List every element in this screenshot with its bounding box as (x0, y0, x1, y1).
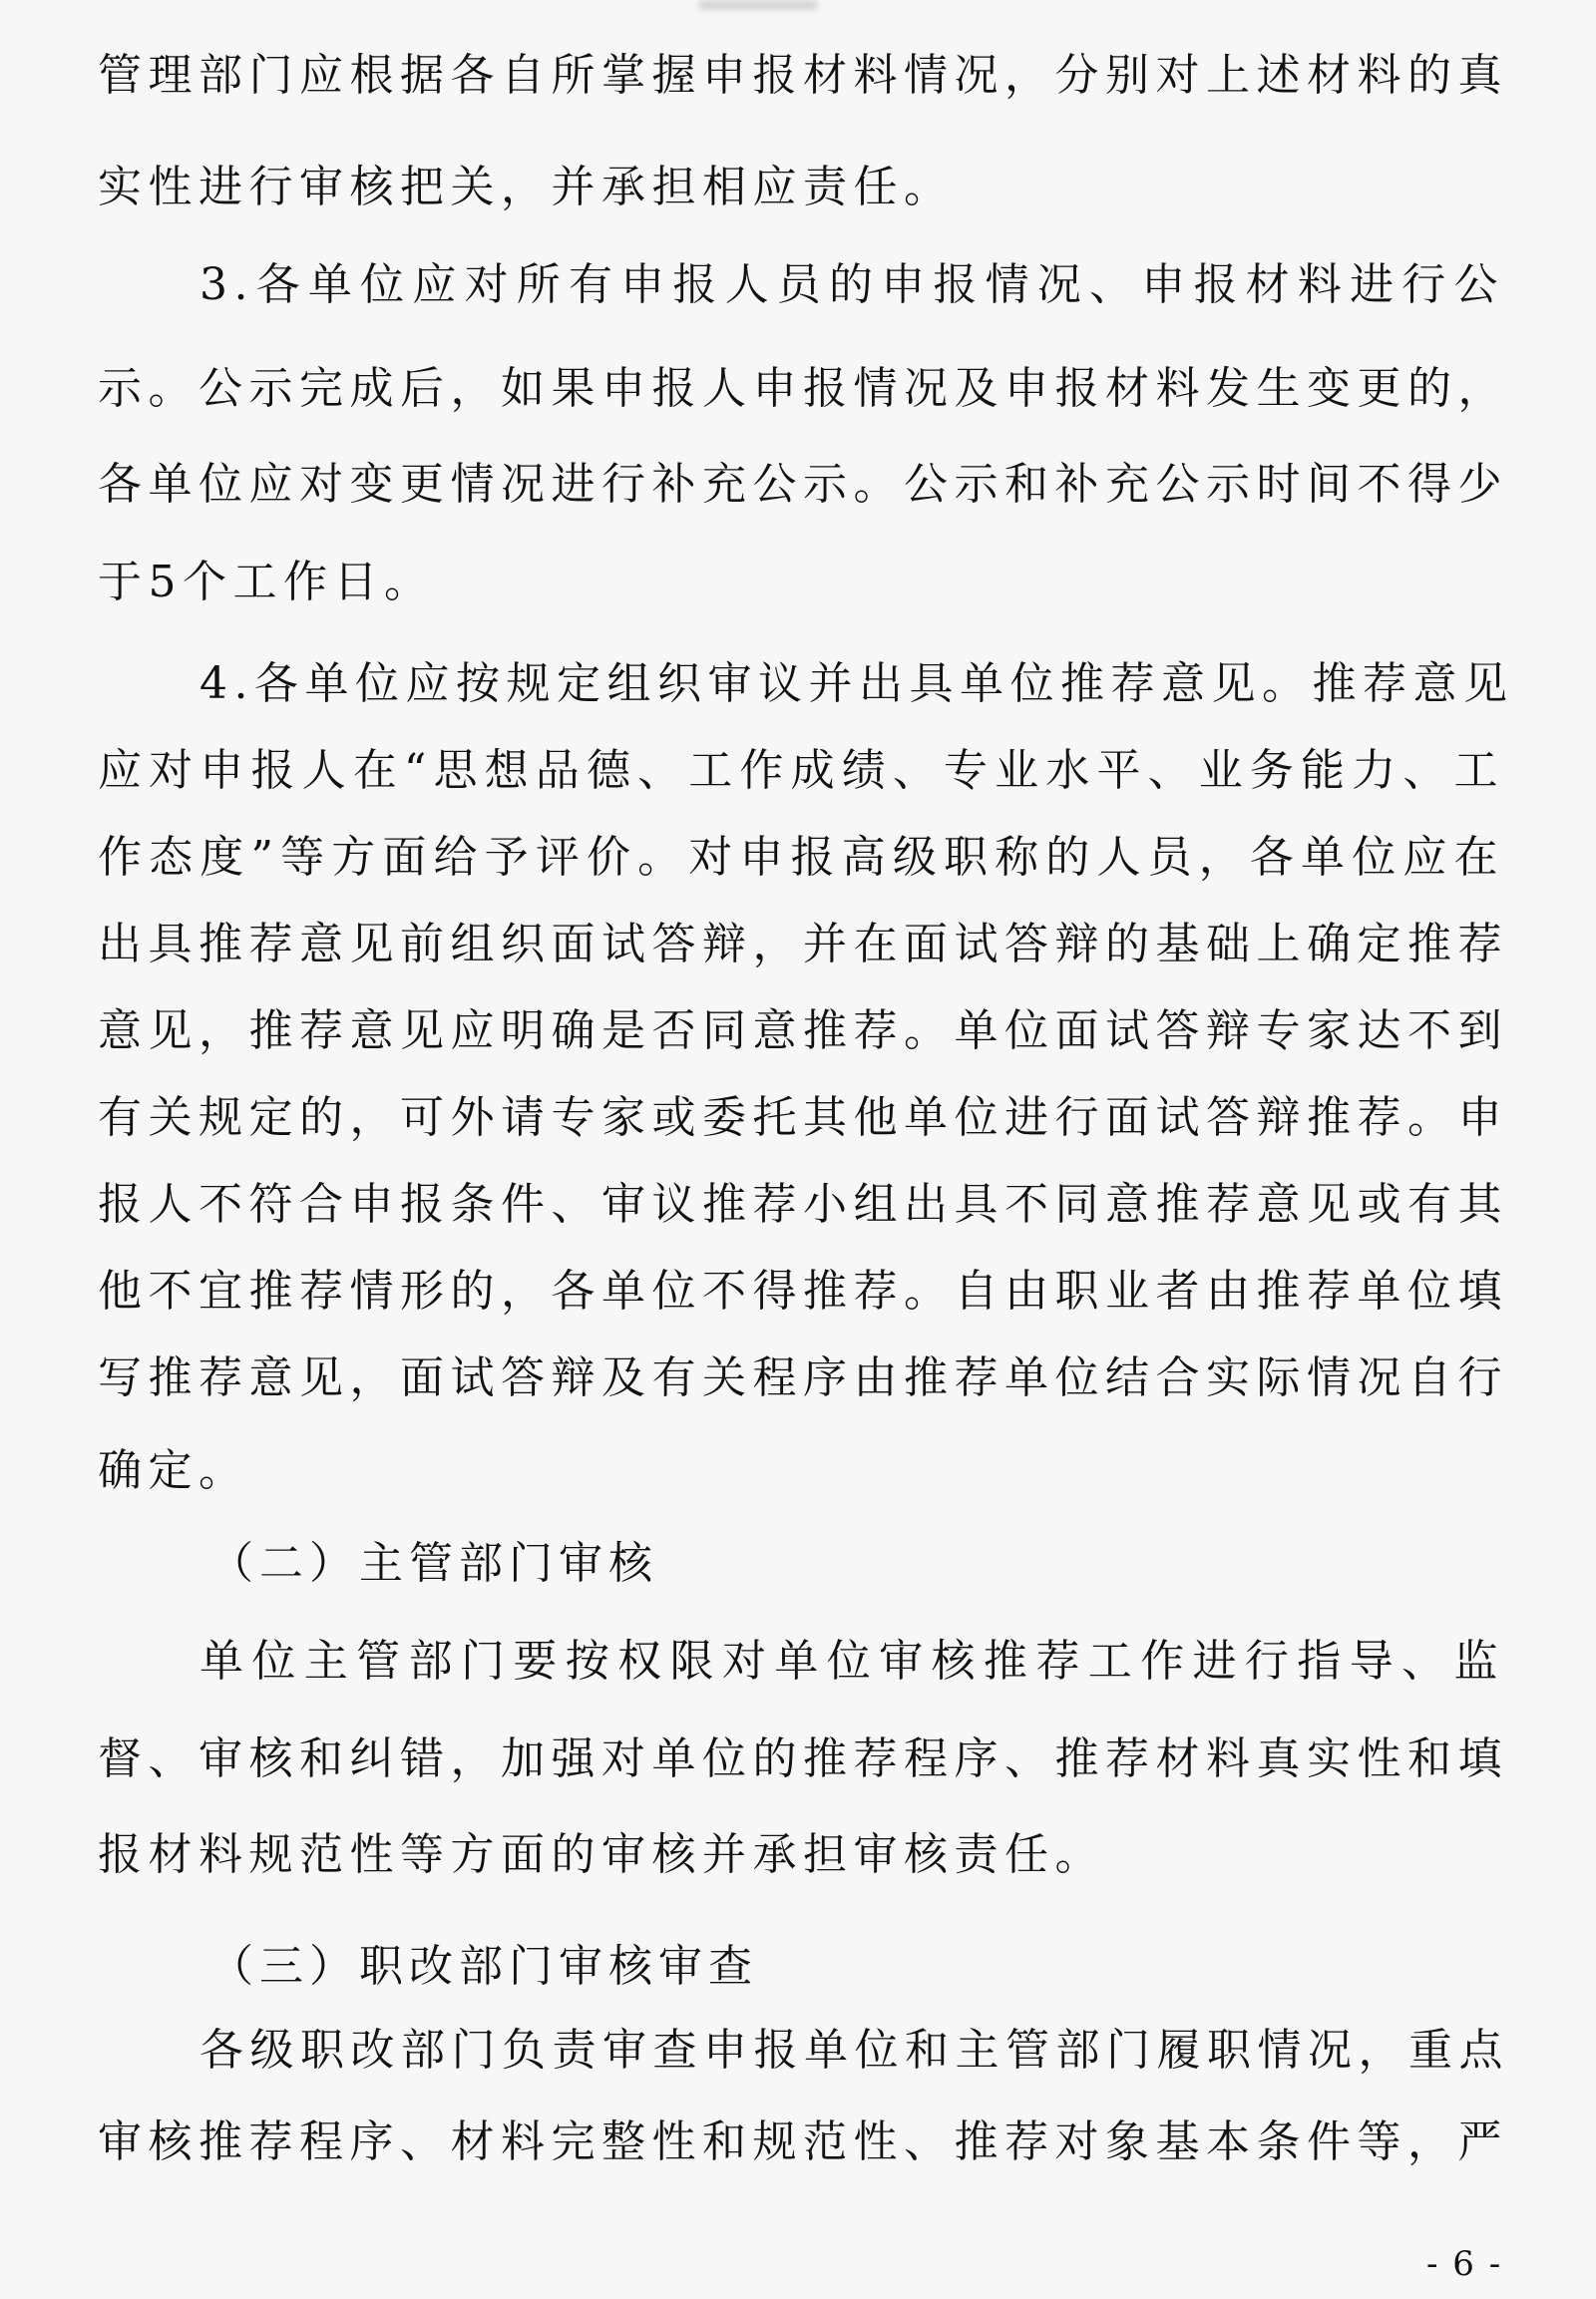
text-line: 报人不符合申报条件、审议推荐小组出具不同意推荐意见或有其 (98, 1177, 1504, 1233)
text-line: 各单位应对变更情况进行补充公示。公示和补充公示时间不得少 (98, 457, 1504, 513)
text-line: 实性进行审核把关，并承担相应责任。 (98, 160, 1504, 215)
text-line: 各级职改部门负责审查申报单位和主管部门履职情况，重点 (199, 2023, 1504, 2079)
text-line: 报材料规范性等方面的审核并承担审核责任。 (98, 1827, 1504, 1883)
text-line: 管理部门应根据各自所掌握申报材料情况，分别对上述材料的真 (98, 48, 1504, 104)
text-line: 确定。 (98, 1443, 1504, 1499)
text-line: 于5个工作日。 (98, 555, 1504, 610)
text-line: 作态度”等方面给予评价。对申报高级职称的人员，各单位应在 (98, 830, 1504, 886)
scan-artifact (698, 0, 818, 10)
text-line: 写推荐意见，面试答辩及有关程序由推荐单位结合实际情况自行 (98, 1350, 1504, 1406)
text-line: 单位主管部门要按权限对单位审核推荐工作进行指导、监 (199, 1634, 1504, 1690)
text-line: 有关规定的，可外请专家或委托其他单位进行面试答辩推荐。申 (98, 1090, 1504, 1146)
section-heading: （三）职改部门审核审查 (209, 1939, 758, 1995)
text-line: 意见，推荐意见应明确是否同意推荐。单位面试答辩专家达不到 (98, 1003, 1504, 1059)
text-line: 出具推荐意见前组织面试答辩，并在面试答辩的基础上确定推荐 (98, 917, 1504, 972)
text-line: 示。公示完成后，如果申报人申报情况及申报材料发生变更的， (98, 361, 1504, 417)
section-heading: （二）主管部门审核 (209, 1536, 658, 1592)
text-line: 他不宜推荐情形的，各单位不得推荐。自由职业者由推荐单位填 (98, 1264, 1504, 1320)
text-line: 4.各单位应按规定组织审议并出具单位推荐意见。推荐意见 (199, 656, 1504, 712)
text-line: 3.各单位应对所有申报人员的申报情况、申报材料进行公 (199, 257, 1504, 313)
page-number: - 6 - (1426, 2244, 1502, 2284)
text-line: 督、审核和纠错，加强对单位的推荐程序、推荐材料真实性和填 (98, 1731, 1504, 1787)
text-line: 应对申报人在“思想品德、工作成绩、专业水平、业务能力、工 (98, 743, 1504, 799)
text-line: 审核推荐程序、材料完整性和规范性、推荐对象基本条件等，严 (98, 2114, 1504, 2170)
